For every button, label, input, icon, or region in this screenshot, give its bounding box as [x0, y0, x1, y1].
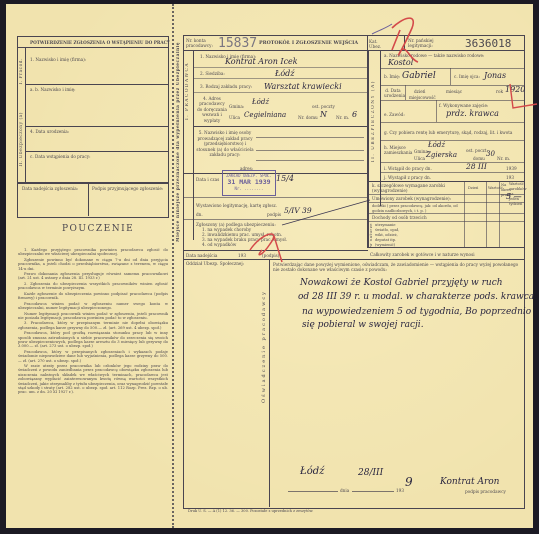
category-label: Kat. Ubez. — [369, 39, 383, 49]
receipt-date-label: Data nadejścia zgłoszenia: — [22, 186, 78, 191]
account-number: 15837 — [218, 36, 257, 51]
issued-signature-value: 5/IV 39 — [284, 206, 312, 215]
employer-name-value: Kontrat Aron Icek — [225, 57, 298, 66]
weekly-wage-value: 5 — — [506, 192, 522, 201]
employer-business-value: Warsztat krawiecki — [264, 82, 342, 91]
employer-seat-value: Łódź — [275, 69, 295, 78]
employer-street-value: Cegielniana — [244, 111, 286, 119]
pouczenie-text: 1. Każdego przyjętego pracownika powinie… — [18, 248, 168, 396]
insured-father-value: Jonas — [484, 71, 506, 80]
insured-first-name-value: Gabriel — [402, 71, 436, 81]
received-stamp: ZAKŁAD UBEZP. SPOŁ. 31 MAR 1939 Nr. ....… — [222, 170, 276, 196]
insured-city-value: Łódź — [428, 141, 445, 149]
certification-side-label: Oświadczenie pracodawcy — [261, 290, 267, 403]
insured-birth-year-value: 1920 — [505, 85, 525, 94]
id-card-label: Nr. pańskiej legitymacji: — [408, 38, 448, 48]
total-wage-label: Całkowity zarobek w gotówce i w naturze … — [370, 252, 475, 257]
insured-street-value: Zgierska — [426, 151, 457, 159]
employer-city-value: Łódź — [252, 98, 269, 106]
branch-label: Oddział Ubezp. Społecznej: — [186, 261, 244, 266]
stamp-handwritten-note: 15/4 — [276, 174, 294, 183]
insured-surname-value: Kostol — [388, 58, 413, 67]
employer-flat-value: 6 — [352, 110, 357, 119]
left-insured-label: II. Ubezpieczony (a) — [19, 112, 24, 167]
insured-entry-value: 28 III — [466, 162, 487, 171]
pouczenie-title: POUCZENIE — [62, 224, 134, 234]
employer-signature: Kontrat Aron — [440, 477, 499, 487]
insured-section-label: II. UBEZPIECZONY (A) — [371, 80, 376, 162]
id-card-number: 3636018 — [465, 37, 511, 50]
insured-occupation-value: prdz. krawca — [446, 109, 499, 118]
year-value: 9 — [405, 475, 413, 489]
handwritten-line-4: się pobieral w swojej racji. — [302, 320, 424, 330]
date-value: 28/III — [358, 468, 383, 478]
form-title: PROTOKÓŁ I ZGŁOSZENIE WEJŚCIA — [259, 41, 358, 46]
left-employer-label: I. Pracod. — [19, 58, 24, 85]
left-slip-title: POTWIERDZENIE ZGŁOSZENIA O WSTĄPIENIU DO… — [30, 40, 170, 45]
insured-house-value: 30 — [486, 150, 495, 158]
certification-statement: Potwierdzając dane powyżej wymienione, o… — [273, 262, 521, 272]
employer-section-label: I. PRACODAWCA — [185, 62, 190, 120]
place-value: Łódź — [300, 466, 324, 477]
employer-signature-label: podpis pracodawcy — [465, 489, 506, 494]
handwritten-line-3: na wypowiedzeniem 5 od tygodnia, Bo popr… — [302, 307, 531, 317]
account-label: Nr. konta pracodawcy: — [186, 38, 216, 48]
handwritten-line-2: od 28 III 39 r. u modal. w charakterze p… — [298, 292, 534, 302]
receipt-signature-label: Podpis przyjmującego zgłoszenie: — [92, 186, 163, 191]
vertical-note: Miejsce niniejsze przeznaczone dla wypeł… — [176, 42, 181, 242]
perforation-line — [172, 4, 174, 528]
printer-note: Druk U. S. — A (1) 12. 36. — 300. Pozost… — [188, 509, 313, 514]
employer-house-value: N — [320, 110, 327, 119]
handwritten-line-1: Nowakowi że Kostol Gabriel przyjęty w ru… — [300, 278, 503, 288]
